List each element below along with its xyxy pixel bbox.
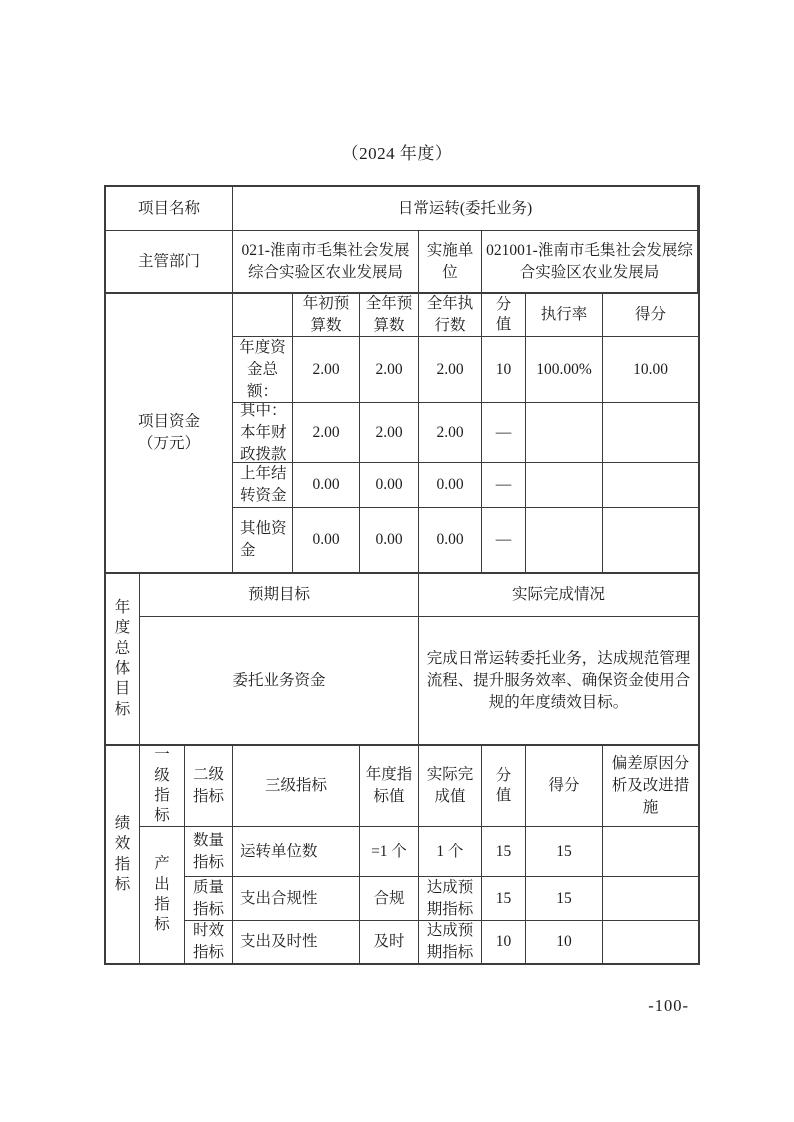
funds-header-initial-budget: 年初预算数 [293,293,360,337]
indicators-header-score-value-text: 分值 [495,766,512,807]
annual-goal-label: 年度总体目标 [106,573,140,745]
indicators-header-score-value: 分值 [482,745,526,827]
project-name-value: 日常运转(委托业务) [233,187,698,231]
funds-cell-annual: 2.00 [360,337,419,403]
indicators-header-level1-text: 一级指标 [153,745,170,827]
indicators-header-target: 年度指标值 [360,745,419,827]
indicator-target: 合规 [360,877,419,921]
annual-goal-label-text: 年度总体目标 [114,598,131,721]
indicators-header-score: 得分 [526,745,603,827]
funds-row-name: 其中：本年财政拨款 [233,403,293,463]
funds-header-spacer [233,293,293,337]
indicators-label-text: 绩效指标 [114,814,131,896]
funds-cell-executed: 0.00 [419,463,482,508]
funds-cell-execution-rate [526,403,603,463]
evaluation-table: 项目名称 日常运转(委托业务) 主管部门 021-淮南市毛集社会发展综合实验区农… [104,185,700,965]
indicator-actual: 达成预期指标 [419,921,482,963]
indicators-header-level1: 一级指标 [140,745,185,827]
funds-row-name: 年度资金总额： [233,337,293,403]
indicator-deviation [603,827,698,877]
funds-row-name: 其他资金 [233,508,293,573]
indicator-level1-value: 产出指标 [140,827,185,963]
actual-completion-value: 完成日常运转委托业务，达成规范管理流程、提升服务效率、确保资金使用合规的年度绩效… [419,617,698,745]
funds-header-score-value-text: 分值 [495,295,512,336]
indicator-level3: 运转单位数 [233,827,360,877]
indicator-deviation [603,877,698,921]
indicators-header-actual: 实际完成值 [419,745,482,827]
funds-cell-execution-rate [526,463,603,508]
funds-cell-score-value: — [482,508,526,573]
funds-cell-initial: 2.00 [293,403,360,463]
indicator-score-value: 15 [482,877,526,921]
project-funds-label-text: 项目资金（万元） [135,411,202,455]
indicator-level2: 时效指标 [185,921,233,963]
expected-goal-value: 委托业务资金 [140,617,419,745]
funds-header-score-value: 分值 [482,293,526,337]
indicator-score-value: 15 [482,827,526,877]
funds-cell-score-value: 10 [482,337,526,403]
project-name-label: 项目名称 [106,187,233,231]
indicator-score: 10 [526,921,603,963]
indicators-header-level2: 二级指标 [185,745,233,827]
funds-cell-score-value: — [482,403,526,463]
funds-cell-score-value: — [482,463,526,508]
funds-cell-score [603,508,698,573]
indicator-score: 15 [526,877,603,921]
funds-cell-executed: 0.00 [419,508,482,573]
funds-cell-score: 10.00 [603,337,698,403]
project-funds-label: 项目资金（万元） [106,293,233,573]
funds-cell-execution-rate: 100.00% [526,337,603,403]
indicator-target: =1 个 [360,827,419,877]
indicator-score-value: 10 [482,921,526,963]
funds-cell-executed: 2.00 [419,403,482,463]
page-number: -100- [648,996,689,1016]
funds-cell-initial: 0.00 [293,508,360,573]
document-page: （2024 年度） 项目名称 日常运转(委托业务) 主管部门 021-淮南市毛集… [0,0,794,1122]
indicator-level2: 质量指标 [185,877,233,921]
indicator-actual: 1 个 [419,827,482,877]
indicators-header-deviation: 偏差原因分析及改进措施 [603,745,698,827]
indicator-actual: 达成预期指标 [419,877,482,921]
funds-cell-executed: 2.00 [419,337,482,403]
funds-header-annual-execution: 全年执行数 [419,293,482,337]
funds-cell-score [603,463,698,508]
indicators-label: 绩效指标 [106,745,140,963]
funds-header-annual-budget: 全年预算数 [360,293,419,337]
implementing-unit-value: 021001-淮南市毛集社会发展综合实验区农业发展局 [482,231,698,293]
funds-header-score: 得分 [603,293,698,337]
indicator-level2: 数量指标 [185,827,233,877]
funds-row-name: 上年结转资金 [233,463,293,508]
funds-header-execution-rate: 执行率 [526,293,603,337]
document-title: （2024 年度） [0,139,794,164]
indicator-score: 15 [526,827,603,877]
indicator-level1-value-text: 产出指标 [153,854,170,936]
indicator-target: 及时 [360,921,419,963]
implementing-unit-label: 实施单位 [419,231,482,293]
funds-cell-initial: 0.00 [293,463,360,508]
actual-completion-header: 实际完成情况 [419,573,698,617]
funds-cell-initial: 2.00 [293,337,360,403]
funds-cell-annual: 0.00 [360,508,419,573]
indicator-deviation [603,921,698,963]
funds-cell-execution-rate [526,508,603,573]
department-value: 021-淮南市毛集社会发展综合实验区农业发展局 [233,231,419,293]
indicators-header-level3: 三级指标 [233,745,360,827]
department-label: 主管部门 [106,231,233,293]
funds-cell-score [603,403,698,463]
funds-cell-annual: 0.00 [360,463,419,508]
funds-cell-annual: 2.00 [360,403,419,463]
expected-goal-header: 预期目标 [140,573,419,617]
indicator-level3: 支出合规性 [233,877,360,921]
indicator-level3: 支出及时性 [233,921,360,963]
